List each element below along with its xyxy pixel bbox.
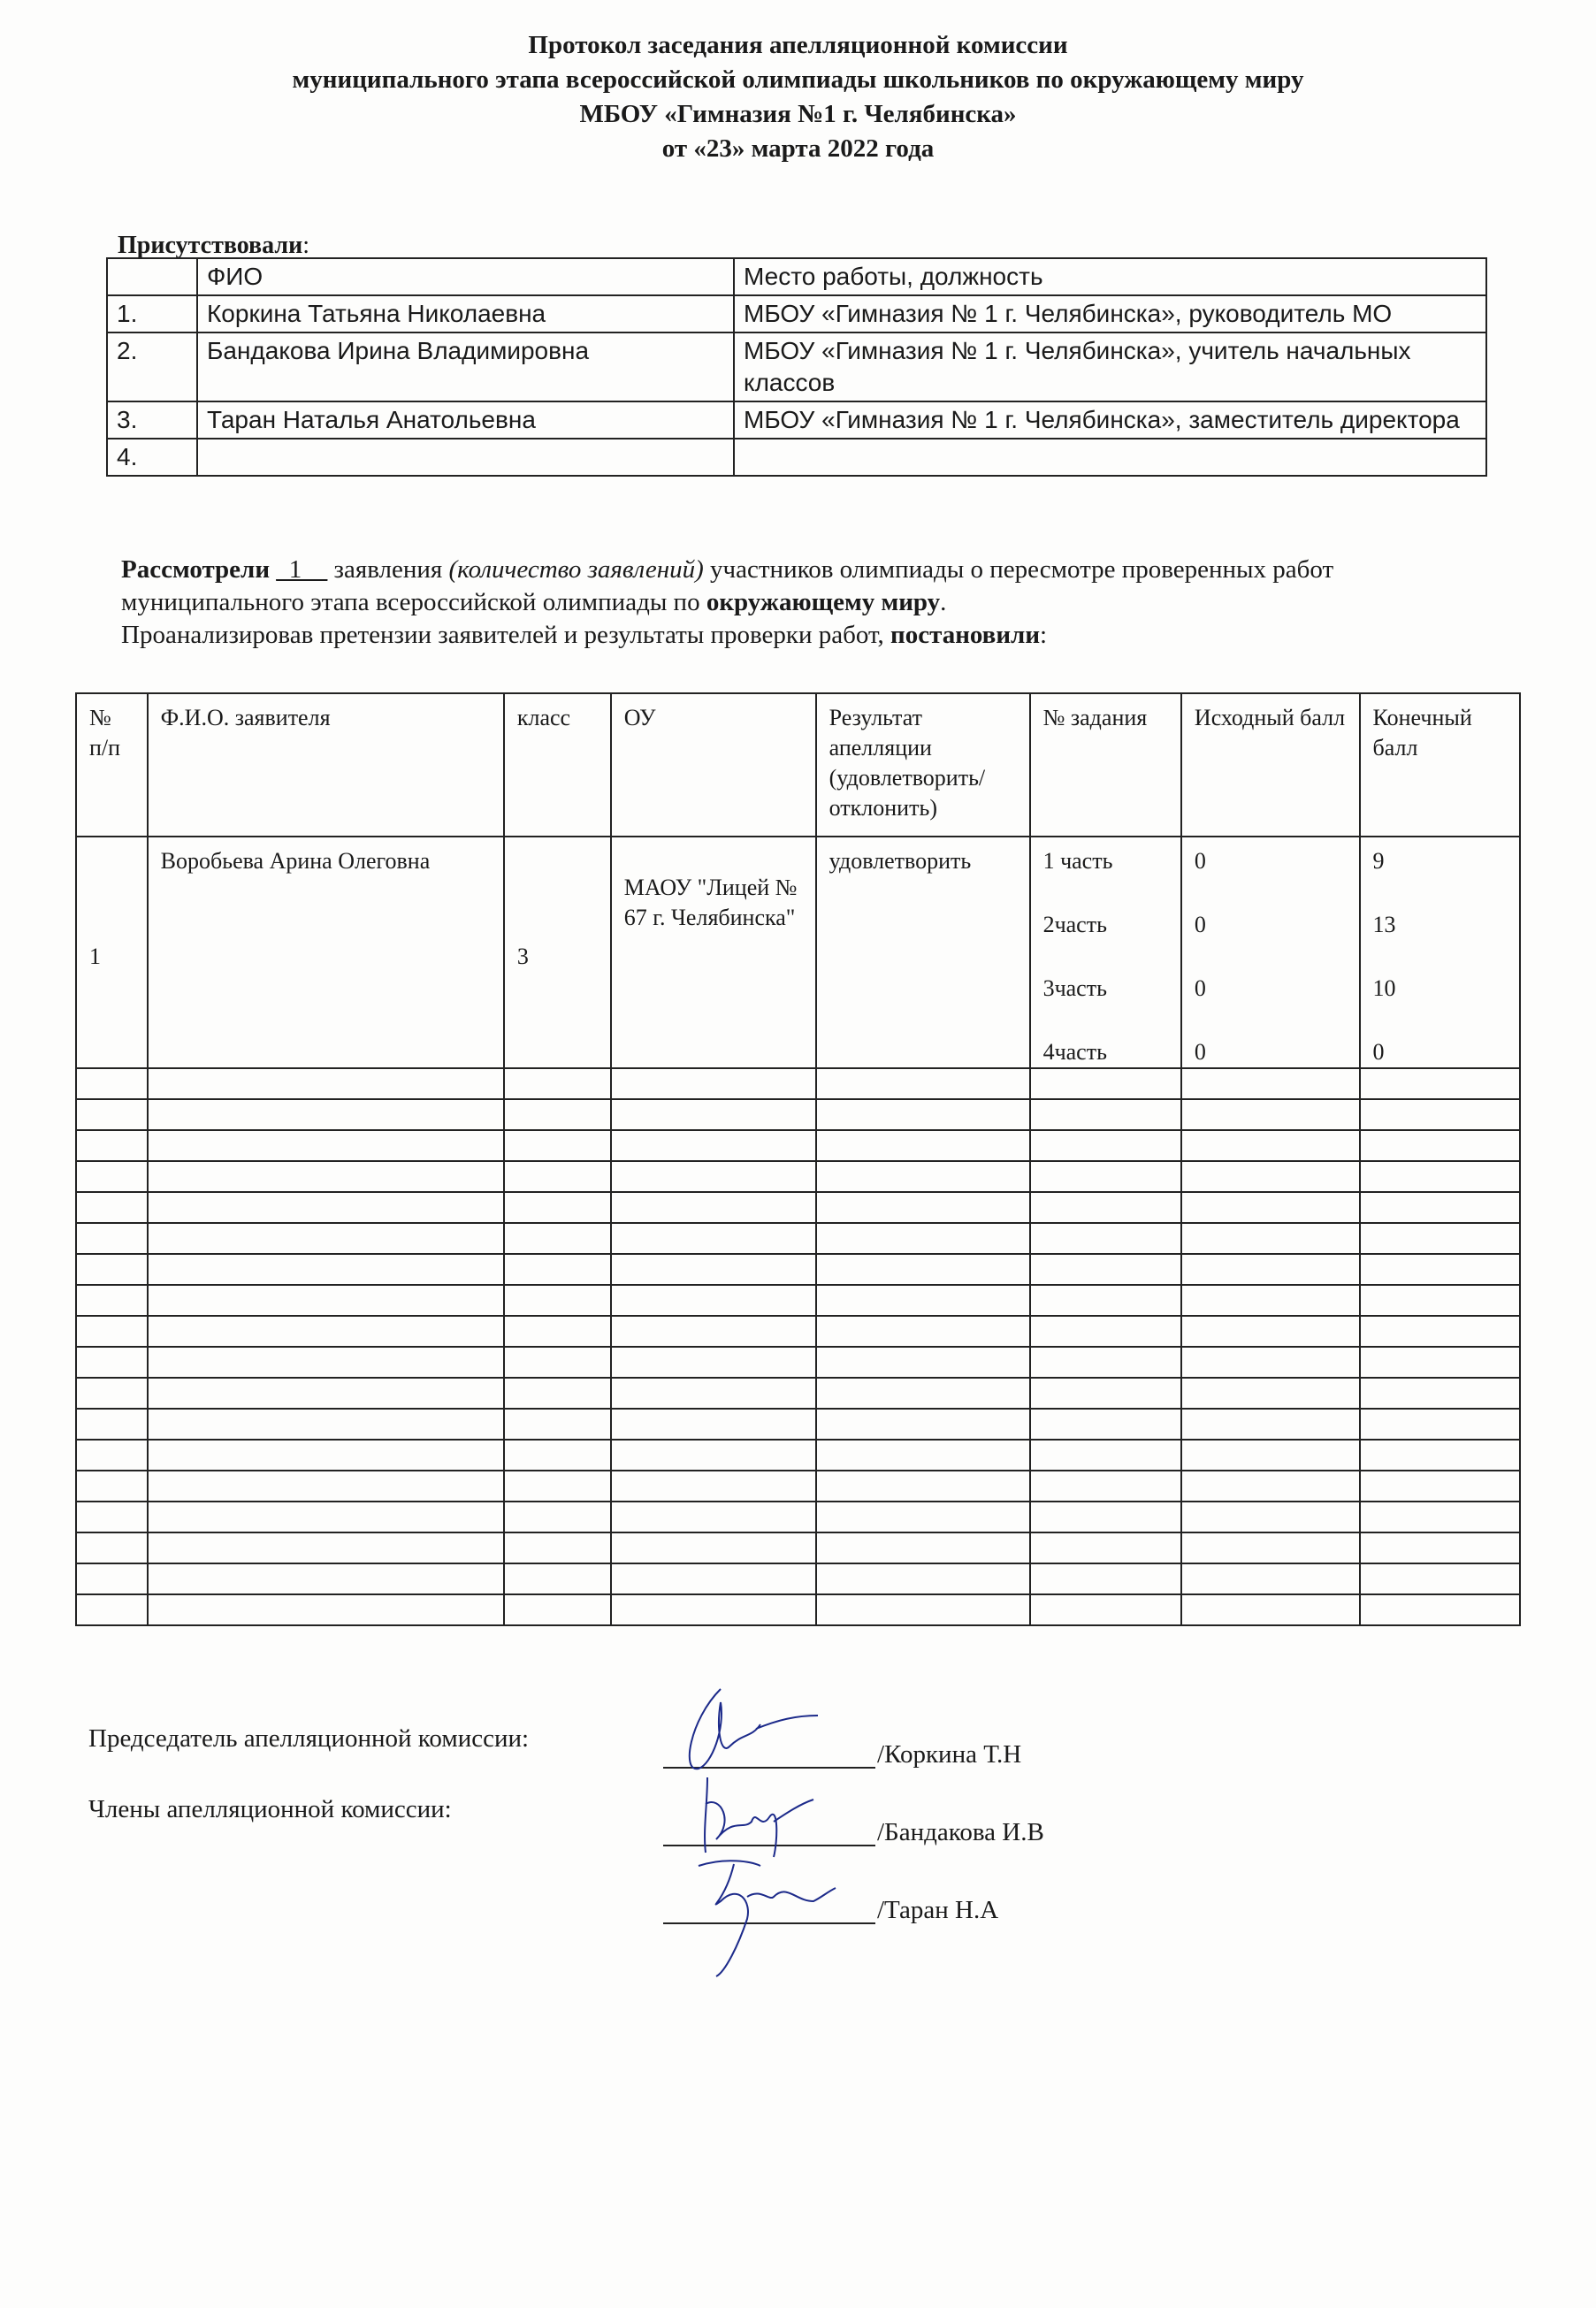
- empty-cell: [611, 1440, 816, 1471]
- empty-cell: [76, 1068, 148, 1099]
- empty-cell: [816, 1471, 1030, 1502]
- empty-cell: [76, 1532, 148, 1563]
- empty-cell: [504, 1378, 611, 1409]
- attendees-header-num: [107, 258, 197, 295]
- empty-cell: [148, 1440, 504, 1471]
- empty-cell: [148, 1594, 504, 1625]
- empty-cell: [148, 1471, 504, 1502]
- empty-cell: [1030, 1130, 1181, 1161]
- empty-cell: [1181, 1532, 1360, 1563]
- empty-cell: [1181, 1347, 1360, 1378]
- empty-cell: [1030, 1471, 1181, 1502]
- initial-score: 0: [1195, 1037, 1347, 1067]
- empty-appeal-row: [76, 1223, 1520, 1254]
- empty-cell: [504, 1440, 611, 1471]
- empty-cell: [816, 1378, 1030, 1409]
- empty-cell: [1030, 1254, 1181, 1285]
- empty-cell: [1030, 1223, 1181, 1254]
- header-fio: Ф.И.О. заявителя: [148, 693, 504, 837]
- empty-cell: [504, 1409, 611, 1440]
- empty-appeal-row: [76, 1594, 1520, 1625]
- title-line-2: муниципального этапа всероссийской олимп…: [0, 63, 1596, 97]
- empty-cell: [611, 1532, 816, 1563]
- title-line-3: МБОУ «Гимназия №1 г. Челябинска»: [0, 97, 1596, 132]
- attendee-fio: [197, 439, 734, 476]
- signer-name: /Бандакова И.В: [877, 1818, 1044, 1847]
- empty-rows: [76, 1068, 1520, 1625]
- empty-cell: [1181, 1254, 1360, 1285]
- para-text-3: .: [940, 588, 946, 616]
- empty-cell: [504, 1316, 611, 1347]
- empty-cell: [76, 1099, 148, 1130]
- empty-cell: [1181, 1440, 1360, 1471]
- empty-cell: [504, 1099, 611, 1130]
- appeal-row: 1 Воробьева Арина Олеговна 3 МАОУ "Лицей…: [76, 837, 1520, 1068]
- signature-taran-icon: [672, 1848, 875, 1981]
- empty-cell: [148, 1099, 504, 1130]
- attendee-num: 2.: [107, 332, 197, 401]
- attendee-job: [734, 439, 1486, 476]
- empty-cell: [816, 1254, 1030, 1285]
- empty-cell: [148, 1161, 504, 1192]
- header-grade: класс: [504, 693, 611, 837]
- appeals-table: № п/п Ф.И.О. заявителя класс ОУ Результа…: [75, 692, 1521, 1626]
- header-result: Результат апелляции (удовлетворить/ откл…: [816, 693, 1030, 837]
- empty-cell: [1181, 1471, 1360, 1502]
- empty-cell: [1360, 1099, 1520, 1130]
- attendee-fio: Бандакова Ирина Владимировна: [197, 332, 734, 401]
- empty-cell: [1360, 1409, 1520, 1440]
- task-part: 1 часть: [1043, 846, 1168, 910]
- empty-cell: [611, 1409, 816, 1440]
- document-title: Протокол заседания апелляционной комисси…: [0, 28, 1596, 166]
- empty-cell: [148, 1192, 504, 1223]
- empty-cell: [148, 1316, 504, 1347]
- attendee-job: МБОУ «Гимназия № 1 г. Челябинска», учите…: [734, 332, 1486, 401]
- attendees-header-row: ФИО Место работы, должность: [107, 258, 1486, 295]
- appeal-initial-scores: 0 0 0 0: [1181, 837, 1360, 1068]
- count-hint: (количество заявлений): [448, 555, 703, 584]
- empty-cell: [611, 1471, 816, 1502]
- empty-cell: [816, 1347, 1030, 1378]
- empty-cell: [148, 1254, 504, 1285]
- empty-cell: [76, 1440, 148, 1471]
- empty-cell: [1181, 1502, 1360, 1532]
- empty-cell: [1030, 1409, 1181, 1440]
- empty-cell: [611, 1161, 816, 1192]
- empty-cell: [1030, 1563, 1181, 1594]
- empty-cell: [76, 1471, 148, 1502]
- empty-cell: [1181, 1223, 1360, 1254]
- empty-cell: [504, 1285, 611, 1316]
- empty-cell: [1360, 1378, 1520, 1409]
- empty-cell: [1360, 1594, 1520, 1625]
- empty-cell: [816, 1594, 1030, 1625]
- empty-cell: [1030, 1316, 1181, 1347]
- attendee-fio: Коркина Татьяна Николаевна: [197, 295, 734, 332]
- empty-cell: [148, 1068, 504, 1099]
- attendee-num: 1.: [107, 295, 197, 332]
- empty-cell: [1030, 1068, 1181, 1099]
- attendee-job: МБОУ «Гимназия № 1 г. Челябинска», замес…: [734, 401, 1486, 439]
- empty-cell: [611, 1563, 816, 1594]
- empty-cell: [611, 1099, 816, 1130]
- attendee-num: 4.: [107, 439, 197, 476]
- empty-cell: [1360, 1068, 1520, 1099]
- empty-cell: [816, 1532, 1030, 1563]
- attendee-fio: Таран Наталья Анатольевна: [197, 401, 734, 439]
- present-label-colon: :: [302, 232, 309, 259]
- empty-cell: [76, 1594, 148, 1625]
- empty-cell: [504, 1068, 611, 1099]
- empty-appeal-row: [76, 1068, 1520, 1099]
- empty-cell: [816, 1161, 1030, 1192]
- empty-cell: [1360, 1316, 1520, 1347]
- attendee-row: 3. Таран Наталья Анатольевна МБОУ «Гимна…: [107, 401, 1486, 439]
- empty-cell: [148, 1502, 504, 1532]
- empty-appeal-row: [76, 1347, 1520, 1378]
- appeal-final-scores: 9 13 10 0: [1360, 837, 1520, 1068]
- considered-paragraph: Рассмотрели _1__ заявления (количество з…: [121, 554, 1501, 652]
- empty-cell: [611, 1378, 816, 1409]
- members-label: Члены апелляционной комиссии:: [88, 1795, 452, 1824]
- empty-cell: [76, 1502, 148, 1532]
- empty-cell: [1360, 1223, 1520, 1254]
- empty-cell: [611, 1068, 816, 1099]
- empty-cell: [611, 1130, 816, 1161]
- empty-cell: [816, 1440, 1030, 1471]
- empty-cell: [504, 1161, 611, 1192]
- empty-cell: [816, 1285, 1030, 1316]
- empty-cell: [1181, 1316, 1360, 1347]
- present-label: Присутствовали:: [118, 232, 309, 260]
- empty-cell: [1360, 1254, 1520, 1285]
- empty-cell: [148, 1532, 504, 1563]
- header-final: Конечный балл: [1360, 693, 1520, 837]
- empty-cell: [504, 1594, 611, 1625]
- empty-cell: [1030, 1285, 1181, 1316]
- attendee-row: 1. Коркина Татьяна Николаевна МБОУ «Гимн…: [107, 295, 1486, 332]
- empty-appeal-row: [76, 1285, 1520, 1316]
- empty-cell: [611, 1192, 816, 1223]
- empty-cell: [1030, 1347, 1181, 1378]
- initial-score: 0: [1195, 910, 1347, 974]
- empty-cell: [816, 1099, 1030, 1130]
- empty-cell: [148, 1347, 504, 1378]
- empty-cell: [816, 1192, 1030, 1223]
- applications-count: _1__: [276, 555, 327, 584]
- empty-cell: [816, 1409, 1030, 1440]
- empty-cell: [504, 1471, 611, 1502]
- empty-cell: [76, 1130, 148, 1161]
- empty-cell: [611, 1254, 816, 1285]
- empty-cell: [1030, 1099, 1181, 1130]
- empty-cell: [1181, 1130, 1360, 1161]
- para-text-5: :: [1040, 621, 1047, 649]
- empty-cell: [148, 1130, 504, 1161]
- empty-cell: [611, 1223, 816, 1254]
- empty-cell: [1360, 1347, 1520, 1378]
- task-part: 2часть: [1043, 910, 1168, 974]
- appeal-result: удовлетворить: [816, 837, 1030, 1068]
- appeal-school: МАОУ "Лицей № 67 г. Челябинска": [611, 837, 816, 1068]
- initial-score: 0: [1195, 846, 1347, 910]
- empty-appeal-row: [76, 1563, 1520, 1594]
- empty-cell: [504, 1130, 611, 1161]
- empty-cell: [504, 1502, 611, 1532]
- attendees-table: ФИО Место работы, должность 1. Коркина Т…: [106, 257, 1487, 477]
- final-score: 9: [1373, 846, 1507, 910]
- para-text-4: Проанализировав претензии заявителей и р…: [121, 621, 890, 649]
- empty-cell: [1181, 1378, 1360, 1409]
- empty-cell: [76, 1409, 148, 1440]
- empty-appeal-row: [76, 1378, 1520, 1409]
- empty-cell: [1030, 1440, 1181, 1471]
- empty-cell: [76, 1316, 148, 1347]
- final-score: 13: [1373, 910, 1507, 974]
- empty-cell: [148, 1563, 504, 1594]
- attendee-num: 3.: [107, 401, 197, 439]
- header-school: ОУ: [611, 693, 816, 837]
- para-text-1: заявления: [327, 555, 448, 584]
- signer-name: /Таран Н.А: [877, 1896, 998, 1925]
- attendee-row: 2. Бандакова Ирина Владимировна МБОУ «Ги…: [107, 332, 1486, 401]
- final-score: 10: [1373, 974, 1507, 1037]
- appeal-tasks: 1 часть 2часть 3часть 4часть: [1030, 837, 1181, 1068]
- empty-cell: [816, 1316, 1030, 1347]
- attendee-row: 4.: [107, 439, 1486, 476]
- empty-cell: [76, 1563, 148, 1594]
- empty-cell: [76, 1161, 148, 1192]
- empty-cell: [816, 1502, 1030, 1532]
- attendees-header-job: Место работы, должность: [734, 258, 1486, 295]
- empty-cell: [504, 1532, 611, 1563]
- empty-cell: [611, 1285, 816, 1316]
- empty-cell: [504, 1223, 611, 1254]
- empty-cell: [1360, 1285, 1520, 1316]
- empty-cell: [148, 1378, 504, 1409]
- empty-cell: [611, 1594, 816, 1625]
- empty-cell: [1181, 1192, 1360, 1223]
- title-line-1: Протокол заседания апелляционной комисси…: [0, 28, 1596, 63]
- empty-cell: [76, 1285, 148, 1316]
- empty-appeal-row: [76, 1254, 1520, 1285]
- decided-label: постановили: [890, 621, 1040, 649]
- header-initial: Исходный балл: [1181, 693, 1360, 837]
- appeal-grade: 3: [504, 837, 611, 1068]
- empty-cell: [1360, 1532, 1520, 1563]
- empty-appeal-row: [76, 1130, 1520, 1161]
- signer-name: /Коркина Т.Н: [877, 1740, 1021, 1769]
- empty-cell: [816, 1130, 1030, 1161]
- task-part: 3часть: [1043, 974, 1168, 1037]
- empty-cell: [148, 1409, 504, 1440]
- empty-cell: [1030, 1378, 1181, 1409]
- empty-cell: [1360, 1563, 1520, 1594]
- empty-cell: [504, 1254, 611, 1285]
- empty-appeal-row: [76, 1161, 1520, 1192]
- empty-cell: [1181, 1594, 1360, 1625]
- empty-cell: [1181, 1068, 1360, 1099]
- empty-cell: [1181, 1285, 1360, 1316]
- empty-cell: [1360, 1161, 1520, 1192]
- empty-cell: [816, 1068, 1030, 1099]
- considered-label: Рассмотрели: [121, 555, 270, 584]
- signature-korkina-icon: [672, 1685, 875, 1782]
- empty-cell: [1181, 1161, 1360, 1192]
- empty-cell: [504, 1192, 611, 1223]
- final-score: 0: [1373, 1037, 1507, 1067]
- empty-cell: [1181, 1563, 1360, 1594]
- present-label-text: Присутствовали: [118, 232, 302, 259]
- header-task: № задания: [1030, 693, 1181, 837]
- empty-cell: [1030, 1161, 1181, 1192]
- chair-label: Председатель апелляционной комиссии:: [88, 1724, 529, 1754]
- appeals-header-row: № п/п Ф.И.О. заявителя класс ОУ Результа…: [76, 693, 1520, 837]
- empty-cell: [1360, 1471, 1520, 1502]
- empty-cell: [504, 1347, 611, 1378]
- empty-appeal-row: [76, 1192, 1520, 1223]
- empty-cell: [816, 1223, 1030, 1254]
- empty-appeal-row: [76, 1316, 1520, 1347]
- empty-cell: [611, 1316, 816, 1347]
- empty-cell: [1360, 1502, 1520, 1532]
- appeal-fio: Воробьева Арина Олеговна: [148, 837, 504, 1068]
- empty-appeal-row: [76, 1471, 1520, 1502]
- empty-cell: [816, 1563, 1030, 1594]
- empty-cell: [76, 1192, 148, 1223]
- empty-cell: [1360, 1440, 1520, 1471]
- task-part: 4часть: [1043, 1037, 1168, 1067]
- empty-cell: [611, 1347, 816, 1378]
- subject-name: окружающему миру: [706, 588, 940, 616]
- attendees-header-fio: ФИО: [197, 258, 734, 295]
- empty-cell: [1181, 1409, 1360, 1440]
- empty-appeal-row: [76, 1099, 1520, 1130]
- empty-cell: [1181, 1099, 1360, 1130]
- empty-appeal-row: [76, 1409, 1520, 1440]
- empty-appeal-row: [76, 1532, 1520, 1563]
- empty-appeal-row: [76, 1502, 1520, 1532]
- empty-cell: [76, 1347, 148, 1378]
- empty-cell: [1030, 1502, 1181, 1532]
- appeal-num: 1: [76, 837, 148, 1068]
- empty-cell: [1360, 1192, 1520, 1223]
- initial-score: 0: [1195, 974, 1347, 1037]
- empty-cell: [611, 1502, 816, 1532]
- empty-cell: [1030, 1594, 1181, 1625]
- empty-appeal-row: [76, 1440, 1520, 1471]
- empty-cell: [504, 1563, 611, 1594]
- empty-cell: [1030, 1532, 1181, 1563]
- empty-cell: [1030, 1192, 1181, 1223]
- empty-cell: [148, 1285, 504, 1316]
- empty-cell: [148, 1223, 504, 1254]
- empty-cell: [1360, 1130, 1520, 1161]
- empty-cell: [76, 1254, 148, 1285]
- header-num: № п/п: [76, 693, 148, 837]
- empty-cell: [76, 1378, 148, 1409]
- title-line-4: от «23» марта 2022 года: [0, 132, 1596, 166]
- empty-cell: [76, 1223, 148, 1254]
- attendee-job: МБОУ «Гимназия № 1 г. Челябинска», руков…: [734, 295, 1486, 332]
